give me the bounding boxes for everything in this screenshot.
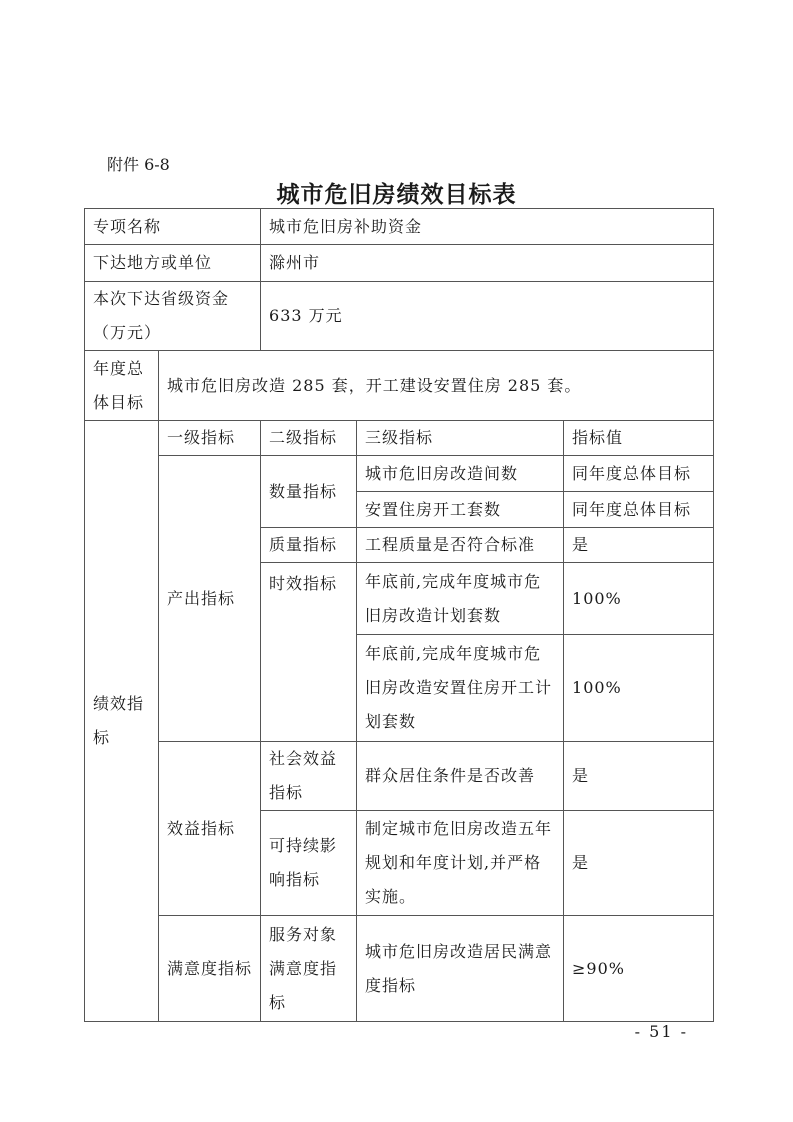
header-value: 指标值 xyxy=(564,421,714,456)
page-title: 城市危旧房绩效目标表 xyxy=(0,176,793,209)
recipient-label: 下达地方或单位 xyxy=(85,245,261,282)
table-row: 专项名称 城市危旧房补助资金 xyxy=(85,209,714,245)
table-row: 下达地方或单位 滁州市 xyxy=(85,245,714,282)
social-level2: 社会效益指标 xyxy=(261,742,357,811)
quantity-level3: 安置住房开工套数 xyxy=(357,492,564,528)
project-name-label: 专项名称 xyxy=(85,209,261,245)
quality-value: 是 xyxy=(564,528,714,563)
sustainable-value: 是 xyxy=(564,811,714,916)
output-level1: 产出指标 xyxy=(159,456,261,742)
quality-level3: 工程质量是否符合标准 xyxy=(357,528,564,563)
benefit-level1: 效益指标 xyxy=(159,742,261,916)
table-row: 效益指标 社会效益指标 群众居住条件是否改善 是 xyxy=(85,742,714,811)
quantity-value: 同年度总体目标 xyxy=(564,456,714,492)
attachment-label: 附件 6-8 xyxy=(107,152,170,175)
indicators-section-label: 绩效指标 xyxy=(85,421,159,1022)
table-row: 年度总体目标 城市危旧房改造 285 套，开工建设安置住房 285 套。 xyxy=(85,351,714,421)
table-row: 本次下达省级资金（万元） 633 万元 xyxy=(85,282,714,351)
annual-goal-value: 城市危旧房改造 285 套，开工建设安置住房 285 套。 xyxy=(159,351,714,421)
table-header-row: 绩效指标 一级指标 二级指标 三级指标 指标值 xyxy=(85,421,714,456)
social-level3: 群众居住条件是否改善 xyxy=(357,742,564,811)
table-row: 满意度指标 服务对象满意度指标 城市危旧房改造居民满意度指标 ≥90% xyxy=(85,916,714,1022)
satisfaction-level1: 满意度指标 xyxy=(159,916,261,1022)
table-row: 产出指标 数量指标 城市危旧房改造间数 同年度总体目标 xyxy=(85,456,714,492)
project-name-value: 城市危旧房补助资金 xyxy=(261,209,714,245)
funds-value: 633 万元 xyxy=(261,282,714,351)
sustainable-level3: 制定城市危旧房改造五年规划和年度计划,并严格实施。 xyxy=(357,811,564,916)
funds-label: 本次下达省级资金（万元） xyxy=(85,282,261,351)
satisfaction-value: ≥90% xyxy=(564,916,714,1022)
header-level2: 二级指标 xyxy=(261,421,357,456)
recipient-value: 滁州市 xyxy=(261,245,714,282)
timeliness-level2: 时效指标 xyxy=(261,563,357,742)
page-number: - 51 - xyxy=(635,1022,688,1041)
timeliness-value: 100% xyxy=(564,635,714,742)
social-value: 是 xyxy=(564,742,714,811)
satisfaction-level3: 城市危旧房改造居民满意度指标 xyxy=(357,916,564,1022)
quantity-level2: 数量指标 xyxy=(261,456,357,528)
quantity-value: 同年度总体目标 xyxy=(564,492,714,528)
header-level3: 三级指标 xyxy=(357,421,564,456)
sustainable-level2: 可持续影响指标 xyxy=(261,811,357,916)
quantity-level3: 城市危旧房改造间数 xyxy=(357,456,564,492)
timeliness-value: 100% xyxy=(564,563,714,635)
quality-level2: 质量指标 xyxy=(261,528,357,563)
performance-target-table: 专项名称 城市危旧房补助资金 下达地方或单位 滁州市 本次下达省级资金（万元） … xyxy=(84,208,714,1022)
timeliness-level3: 年底前,完成年度城市危旧房改造计划套数 xyxy=(357,563,564,635)
timeliness-level3: 年底前,完成年度城市危旧房改造安置住房开工计划套数 xyxy=(357,635,564,742)
annual-goal-label: 年度总体目标 xyxy=(85,351,159,421)
satisfaction-level2: 服务对象满意度指标 xyxy=(261,916,357,1022)
header-level1: 一级指标 xyxy=(159,421,261,456)
